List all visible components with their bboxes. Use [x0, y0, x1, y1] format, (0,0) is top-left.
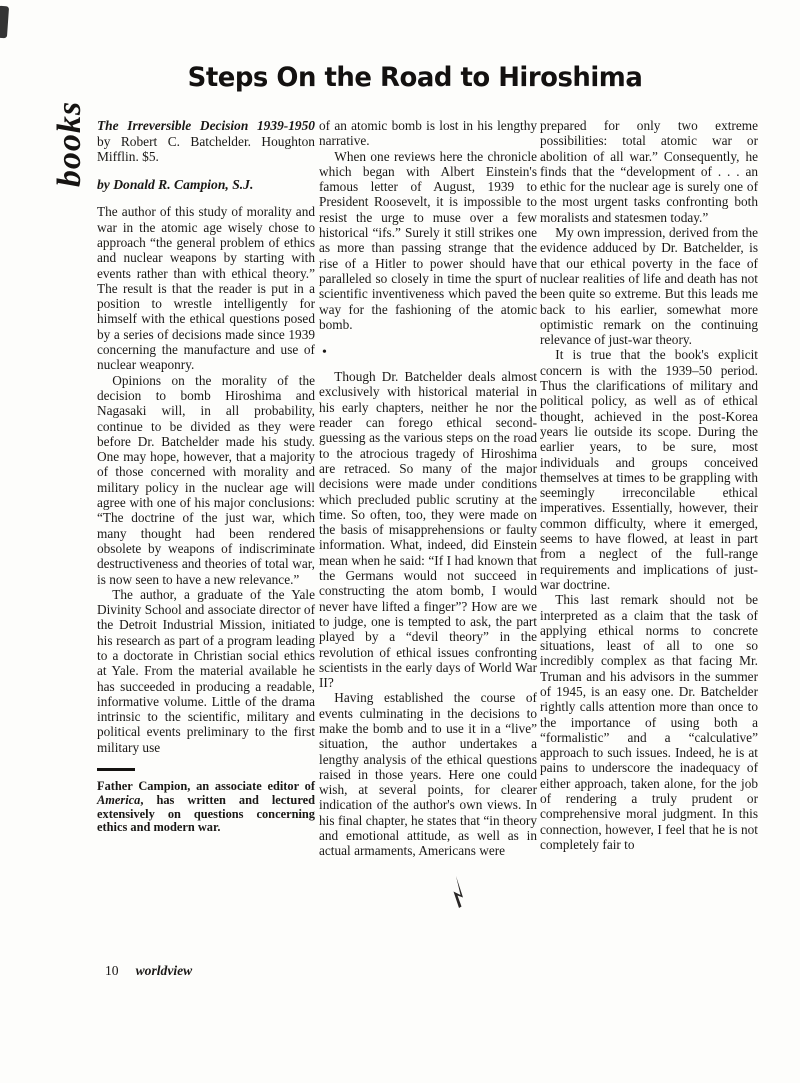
magazine-page: Steps On the Road to Hiroshima books The…	[0, 0, 800, 1083]
ink-mark-artifact	[447, 876, 469, 912]
author-footnote: Father Campion, an associate editor of A…	[97, 780, 315, 835]
paragraph: My own impression, derived from the evid…	[540, 225, 758, 347]
column-middle-paragraphs: of an atomic bomb is lost in his lengthy…	[319, 118, 537, 859]
paragraph: prepared for only two extreme possibilit…	[540, 118, 758, 225]
column-left: The Irreversible Decision 1939-1950 by R…	[97, 118, 315, 835]
article-title: Steps On the Road to Hiroshima	[69, 62, 760, 93]
footnote-rule	[97, 768, 135, 771]
scan-smudge-artifact	[0, 6, 9, 39]
book-title: The Irreversible Decision 1939-1950	[97, 118, 315, 133]
bullet-separator: •	[322, 346, 537, 360]
paragraph: of an atomic bomb is lost in his lengthy…	[319, 118, 537, 149]
paragraph: The author of this study of morality and…	[97, 204, 315, 372]
paragraph: It is true that the book's explicit conc…	[540, 347, 758, 592]
column-middle: of an atomic bomb is lost in his lengthy…	[319, 118, 537, 859]
footnote-text: Father Campion, an associate editor of	[97, 779, 315, 793]
paragraph: The author, a graduate of the Yale Divin…	[97, 587, 315, 755]
magazine-name: worldview	[136, 963, 193, 978]
section-label-text: books	[51, 100, 89, 186]
page-footer: 10worldview	[105, 963, 192, 979]
column-right-paragraphs: prepared for only two extreme possibilit…	[540, 118, 758, 852]
column-left-paragraphs: The author of this study of morality and…	[97, 204, 315, 755]
page-number: 10	[105, 963, 119, 978]
book-citation: The Irreversible Decision 1939-1950 by R…	[97, 118, 315, 165]
book-citation-rest: by Robert C. Batchelder. Houghton Miffli…	[97, 134, 315, 165]
column-right: prepared for only two extreme possibilit…	[540, 118, 758, 852]
paragraph: This last remark should not be interpret…	[540, 592, 758, 852]
footnote-italic-title: America	[97, 793, 140, 807]
reviewer-byline: by Donald R. Campion, S.J.	[97, 177, 315, 193]
paragraph: Having established the course of events …	[319, 690, 537, 858]
paragraph: When one reviews here the chronicle whic…	[319, 149, 537, 333]
paragraph: Though Dr. Batchelder deals almost exclu…	[319, 369, 537, 690]
paragraph: Opinions on the morality of the decision…	[97, 373, 315, 587]
